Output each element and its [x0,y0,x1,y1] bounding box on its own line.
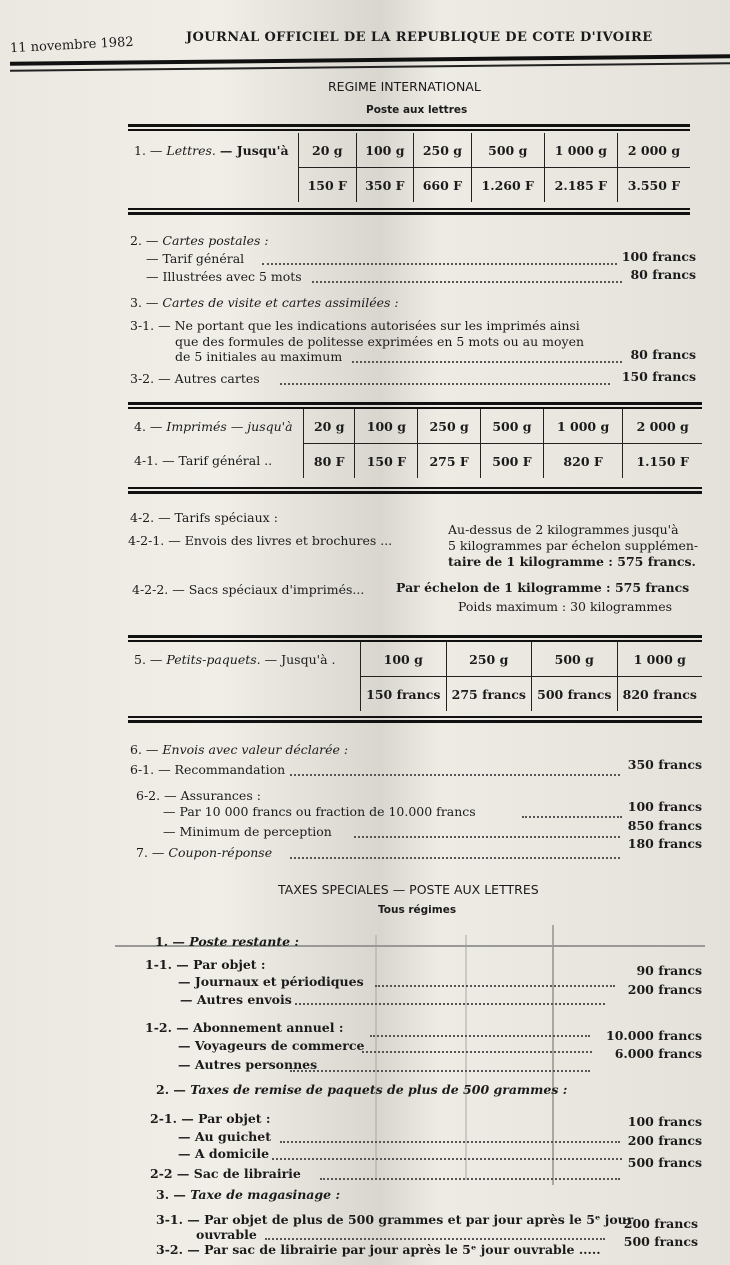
leader-dots [280,1141,620,1143]
table-rule [128,129,690,131]
item-3-1-line2: que des formules de politesse exprimées … [175,334,584,349]
item-3-1: 3-1. — Ne portant que les indications au… [130,318,580,333]
bleed-through-line [552,925,554,1185]
item-4-2-1-desc: Au-dessus de 2 kilogrammes jusqu'à [448,522,679,537]
table-petits-paquets: 5. — Petits-paquets. — Jusqu'à . 100 g 2… [128,642,702,711]
weight-cell: 1 000 g [543,409,623,444]
weight-cell: 1 000 g [617,642,702,677]
item-4-2-1-desc: taire de 1 kilogramme : 575 francs. [448,554,696,569]
leader-dots [265,1238,605,1240]
weight-cell: 250 g [418,409,481,444]
table-rule [128,208,690,210]
item-amount: 200 francs [628,982,702,997]
item-label: — Journaux et périodiques [178,974,364,989]
leader-dots [320,1178,620,1180]
leader-dots [262,263,617,265]
item-amount: 850 francs [628,818,702,833]
table-rule [128,635,702,638]
leader-dots [354,836,620,838]
item-4-2-2-desc: Par échelon de 1 kilogramme : 575 francs [396,580,689,595]
price-cell: 150 F [299,168,357,203]
table-imprimes: 4. — Imprimés — jusqu'à 20 g 100 g 250 g… [128,409,702,478]
bleed-through-line [375,935,377,1180]
item-amount: 80 francs [630,267,696,282]
price-cell: 820 F [543,444,623,479]
table-rule [128,124,690,127]
table-rule [128,212,690,215]
item-amount: 6.000 francs [615,1046,702,1061]
heading-magasinage: 3. — Taxe de magasinage : [156,1187,340,1202]
weight-cell: 100 g [361,642,447,677]
leader-dots [522,816,622,818]
item-coupon-reponse: 7. — Coupon-réponse [136,845,272,860]
heading-assurances: 6-2. — Assurances : [136,788,261,803]
leader-dots [375,985,615,987]
heading-poste-restante: 1. — Poste restante : [155,934,299,949]
item-label: — Minimum de perception [163,824,332,839]
item-3-2: 3-2. — Autres cartes [130,371,260,386]
item-amount: 500 francs [624,1234,698,1249]
section-subtitle-tous-regimes: Tous régimes [378,904,456,916]
price-cell: 820 francs [617,677,702,712]
section-title-taxes-speciales: TAXES SPECIALES — POSTE AUX LETTRES [278,882,539,897]
price-cell: 150 francs [361,677,447,712]
weight-cell: 100 g [356,133,414,168]
leader-dots [290,774,620,776]
leader-dots [272,1158,622,1160]
heading-cartes-postales: 2. — Cartes postales : [130,233,269,248]
price-cell: 350 F [356,168,414,203]
price-cell: 1.150 F [623,444,702,479]
row-label: 4-1. — Tarif général .. [128,444,304,479]
item-recommandation: 6-1. — Recommandation [130,762,285,777]
weight-cell: 500 g [471,133,544,168]
leader-dots [295,1003,605,1005]
leader-dots [352,361,622,363]
price-cell: 500 francs [532,677,618,712]
bleed-through-line [465,935,467,1180]
item-label: — Voyageurs de commerce [178,1038,364,1053]
price-cell: 3.550 F [617,168,690,203]
table-rule [128,491,702,494]
price-cell: 275 francs [446,677,532,712]
weight-cell: 500 g [481,409,544,444]
leader-dots [290,857,620,859]
item-4-2-2-label: 4-2-2. — Sacs spéciaux d'imprimés... [132,582,364,597]
heading-tarifs-speciaux: 4-2. — Tarifs spéciaux : [130,510,278,525]
price-cell: 2.185 F [544,168,617,203]
item-amount: 150 francs [622,369,696,384]
item-4-2-1-label: 4-2-1. — Envois des livres et brochures … [128,533,392,548]
item-amount: 200 francs [628,1133,702,1148]
item-amount: 80 francs [630,347,696,362]
leader-dots [362,1051,592,1053]
item-amount: 100 francs [628,799,702,814]
item-amount: 500 francs [628,1155,702,1170]
item-label: — Autres envois [180,992,292,1007]
item-sac-librairie: 2-2 — Sac de librairie [150,1166,301,1181]
weight-cell: 500 g [532,642,618,677]
heading-remise-par-objet: 2-1. — Par objet : [150,1111,271,1126]
row-label-empty [128,168,299,203]
item-label: — Au guichet [178,1129,271,1144]
item-label: — Illustrées avec 5 mots [146,269,302,284]
item-4-2-2-desc: Poids maximum : 30 kilogrammes [458,599,672,614]
header-date: 11 novembre 1982 [10,35,134,56]
item-amount: 350 francs [628,757,702,772]
row-label-empty [128,677,361,712]
table-lettres: 1. — Lettres. — Jusqu'à 20 g 100 g 250 g… [128,133,690,202]
price-cell: 1.260 F [471,168,544,203]
table-rule [128,402,702,405]
item-label: — Par 10 000 francs ou fraction de 10.00… [163,804,476,819]
weight-cell: 2 000 g [617,133,690,168]
item-amount: 10.000 francs [606,1028,702,1043]
table-rule [128,716,702,718]
item-amount: 90 francs [636,963,702,978]
price-cell: 80 F [304,444,355,479]
heading-remise: 2. — Taxes de remise de paquets de plus … [156,1082,567,1097]
item-label: — A domicile [178,1146,269,1161]
document-page: 11 novembre 1982 JOURNAL OFFICIEL DE LA … [0,0,730,1265]
heading-valeur-declaree: 6. — Envois avec valeur déclarée : [130,742,348,757]
item-3-1-line3: de 5 initiales au maximum [175,349,342,364]
row-label: 5. — Petits-paquets. — Jusqu'à . [128,642,361,677]
price-cell: 500 F [481,444,544,479]
weight-cell: 20 g [299,133,357,168]
item-3-1-line2: ouvrable [196,1227,257,1242]
weight-cell: 250 g [446,642,532,677]
leader-dots [370,1035,590,1037]
row-label: 1. — Lettres. — Jusqu'à [128,133,299,168]
section-subtitle-poste-aux-lettres: Poste aux lettres [366,104,467,116]
weight-cell: 250 g [414,133,472,168]
row-label: 4. — Imprimés — jusqu'à [128,409,304,444]
leader-dots [312,281,622,283]
table-rule [128,720,702,723]
heading-cartes-visite: 3. — Cartes de visite et cartes assimilé… [130,295,399,310]
weight-cell: 1 000 g [544,133,617,168]
table-rule [128,487,702,489]
item-amount: 100 francs [622,249,696,264]
item-4-2-1-desc: 5 kilogrammes par échelon supplémen- [448,538,698,553]
item-amount: 200 francs [624,1216,698,1231]
item-3-2: 3-2. — Par sac de librairie par jour apr… [156,1242,601,1257]
price-cell: 275 F [418,444,481,479]
weight-cell: 20 g [304,409,355,444]
heading-abonnement: 1-2. — Abonnement annuel : [145,1020,343,1035]
weight-cell: 2 000 g [623,409,702,444]
price-cell: 150 F [355,444,418,479]
item-label: — Tarif général [146,251,244,266]
header-title: JOURNAL OFFICIEL DE LA REPUBLIQUE DE COT… [186,30,653,45]
heading-par-objet: 1-1. — Par objet : [145,957,266,972]
section-title-regime-international: REGIME INTERNATIONAL [328,79,481,94]
item-3-1-line1: 3-1. — Par objet de plus de 500 grammes … [156,1212,633,1227]
item-amount: 180 francs [628,836,702,851]
leader-dots [280,383,610,385]
weight-cell: 100 g [355,409,418,444]
leader-dots [290,1070,590,1072]
price-cell: 660 F [414,168,472,203]
item-amount: 100 francs [628,1114,702,1129]
